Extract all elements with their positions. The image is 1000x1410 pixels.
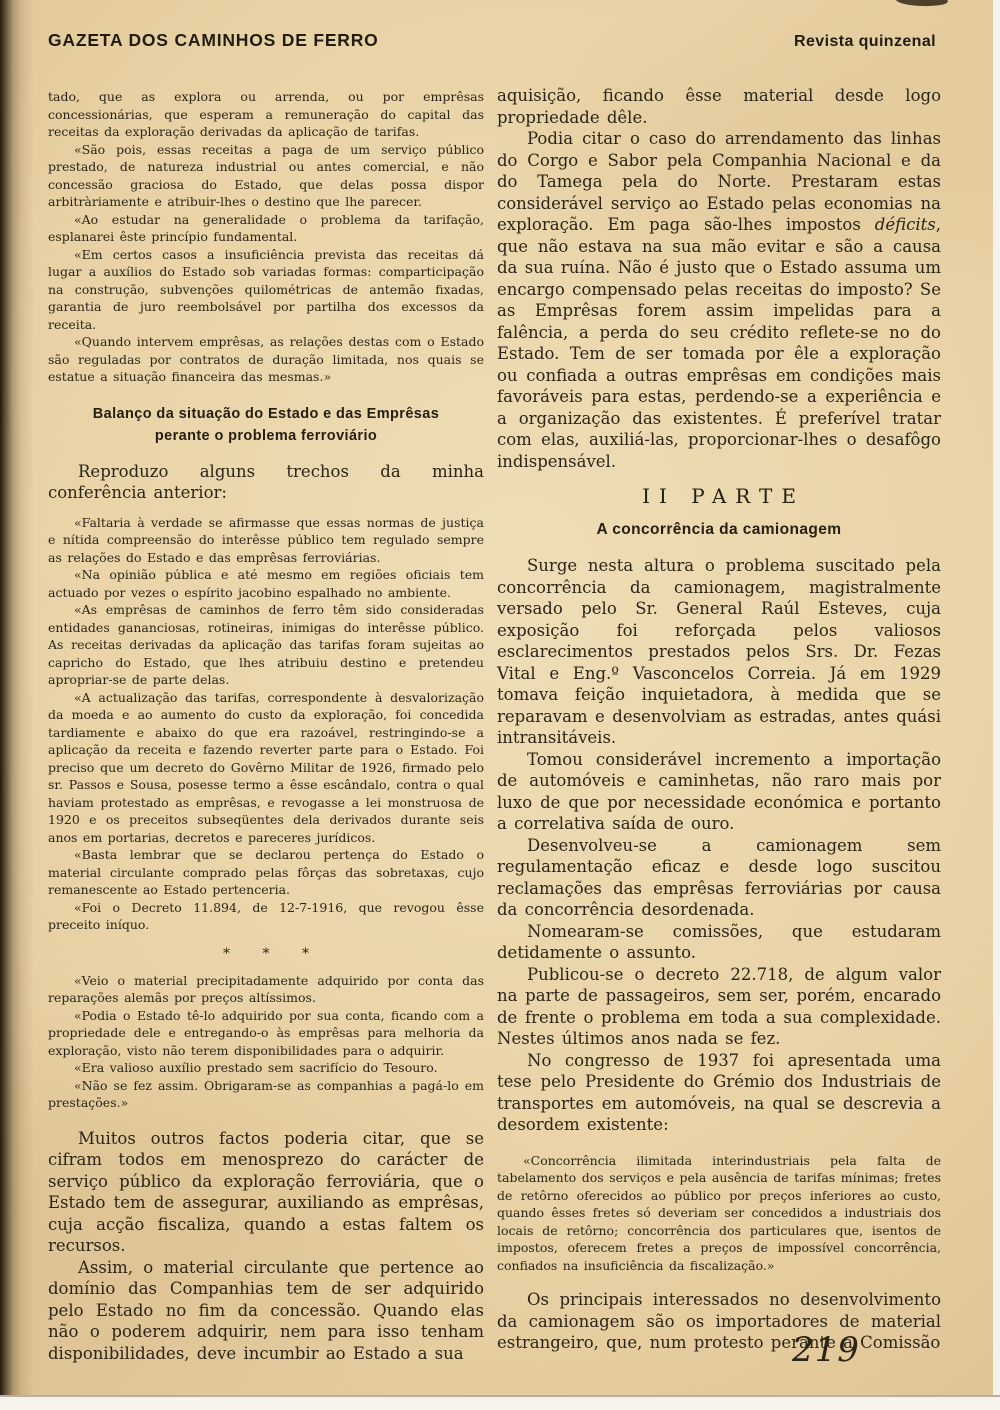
paragraph: Surge nesta altura o problema suscitado …: [497, 555, 941, 749]
paragraph: «Podia o Estado tê-lo adquirido por sua …: [48, 1007, 484, 1060]
paragraph: «Em certos casos a insuficiência previst…: [48, 246, 484, 334]
left-column: tado, que as explora ou arrenda, ou por …: [48, 88, 484, 1364]
body-text-block: Surge nesta altura o problema suscitado …: [497, 555, 941, 1136]
page-header: GAZETA DOS CAMINHOS DE FERRO Revista qui…: [48, 30, 936, 51]
paragraph: «Era valioso auxílio prestado sem sacrif…: [48, 1059, 484, 1077]
section-heading-balanco: Balanço da situação do Estado e das Empr…: [48, 403, 484, 447]
section-heading-camionagem: A concorrência da camionagem: [497, 521, 941, 539]
quoted-text-block: «Veio o material precipitadamente adquir…: [48, 972, 484, 1112]
paragraph: Nomearam-se comissões, que estudaram det…: [497, 921, 941, 964]
paragraph: «Quando intervem emprêsas, as relações d…: [48, 333, 484, 386]
paragraph: «Basta lembrar que se declarou pertença …: [48, 846, 484, 899]
gazette-title: GAZETA DOS CAMINHOS DE FERRO: [48, 30, 379, 51]
quoted-text-block: «Faltaria à verdade se afirmasse que ess…: [48, 514, 484, 934]
paragraph: Muitos outros factos poderia citar, que …: [48, 1128, 484, 1257]
paragraph: «Faltaria à verdade se afirmasse que ess…: [48, 514, 484, 567]
scanned-magazine-page: GAZETA DOS CAMINHOS DE FERRO Revista qui…: [0, 0, 1000, 1410]
paragraph: Os principais interessados no desenvolvi…: [497, 1289, 941, 1354]
paragraph: «A actualização das tarifas, corresponde…: [48, 689, 484, 847]
heading-line: Balanço da situação do Estado e das Empr…: [48, 403, 484, 425]
paragraph: aquisição, ficando êsse material desde l…: [497, 85, 941, 128]
paragraph-text: , que não estava na sua mão evitar e são…: [497, 215, 941, 471]
paragraph: Assim, o material circulante que pertenc…: [48, 1257, 484, 1365]
asterisk-separator: * * *: [48, 946, 484, 962]
paragraph: «Ao estudar na generalidade o problema d…: [48, 211, 484, 246]
right-column: aquisição, ficando êsse material desde l…: [497, 85, 941, 1354]
issue-frequency-label: Revista quinzenal: [794, 33, 936, 51]
scan-smudge: [896, 0, 948, 7]
heading-line: perante o problema ferroviário: [48, 425, 484, 447]
italic-word: déficits: [875, 215, 936, 234]
body-text-block: aquisição, ficando êsse material desde l…: [497, 85, 941, 472]
paragraph: No congresso de 1937 foi apresentada uma…: [497, 1050, 941, 1136]
spine-shadow: [0, 0, 34, 1396]
body-text-block: Muitos outros factos poderia citar, que …: [48, 1128, 484, 1365]
paragraph: Podia citar o caso do arrendamento das l…: [497, 128, 941, 472]
paragraph: Publicou-se o decreto 22.718, de algum v…: [497, 964, 941, 1050]
part-heading: II PARTE: [497, 484, 941, 508]
paragraph: «Na opinião pública e até mesmo em regiõ…: [48, 566, 484, 601]
scan-edge-right: [993, 0, 1000, 1410]
paragraph: Tomou considerável incremento a importaç…: [497, 749, 941, 835]
scan-edge-bottom: [0, 1395, 1000, 1410]
page-number: 219: [792, 1330, 860, 1370]
paragraph: tado, que as explora ou arrenda, ou por …: [48, 88, 484, 141]
body-text-block: Os principais interessados no desenvolvi…: [497, 1289, 941, 1354]
paragraph: «Não se fez assim. Obrigaram-se as compa…: [48, 1077, 484, 1112]
quoted-text-block: tado, que as explora ou arrenda, ou por …: [48, 88, 484, 386]
paragraph: Reproduzo alguns trechos da minha confer…: [48, 461, 484, 504]
paragraph: Desenvolveu-se a camionagem sem regulame…: [497, 835, 941, 921]
paragraph: «As emprêsas de caminhos de ferro têm si…: [48, 601, 484, 689]
paragraph: «Foi o Decreto 11.894, de 12-7-1916, que…: [48, 899, 484, 934]
paragraph: «São pois, essas receitas a paga de um s…: [48, 141, 484, 211]
paragraph: «Concorrência ilimitada interindustriais…: [497, 1152, 941, 1275]
quoted-text-block: «Concorrência ilimitada interindustriais…: [497, 1152, 941, 1275]
body-text-block: Reproduzo alguns trechos da minha confer…: [48, 461, 484, 504]
paragraph: «Veio o material precipitadamente adquir…: [48, 972, 484, 1007]
